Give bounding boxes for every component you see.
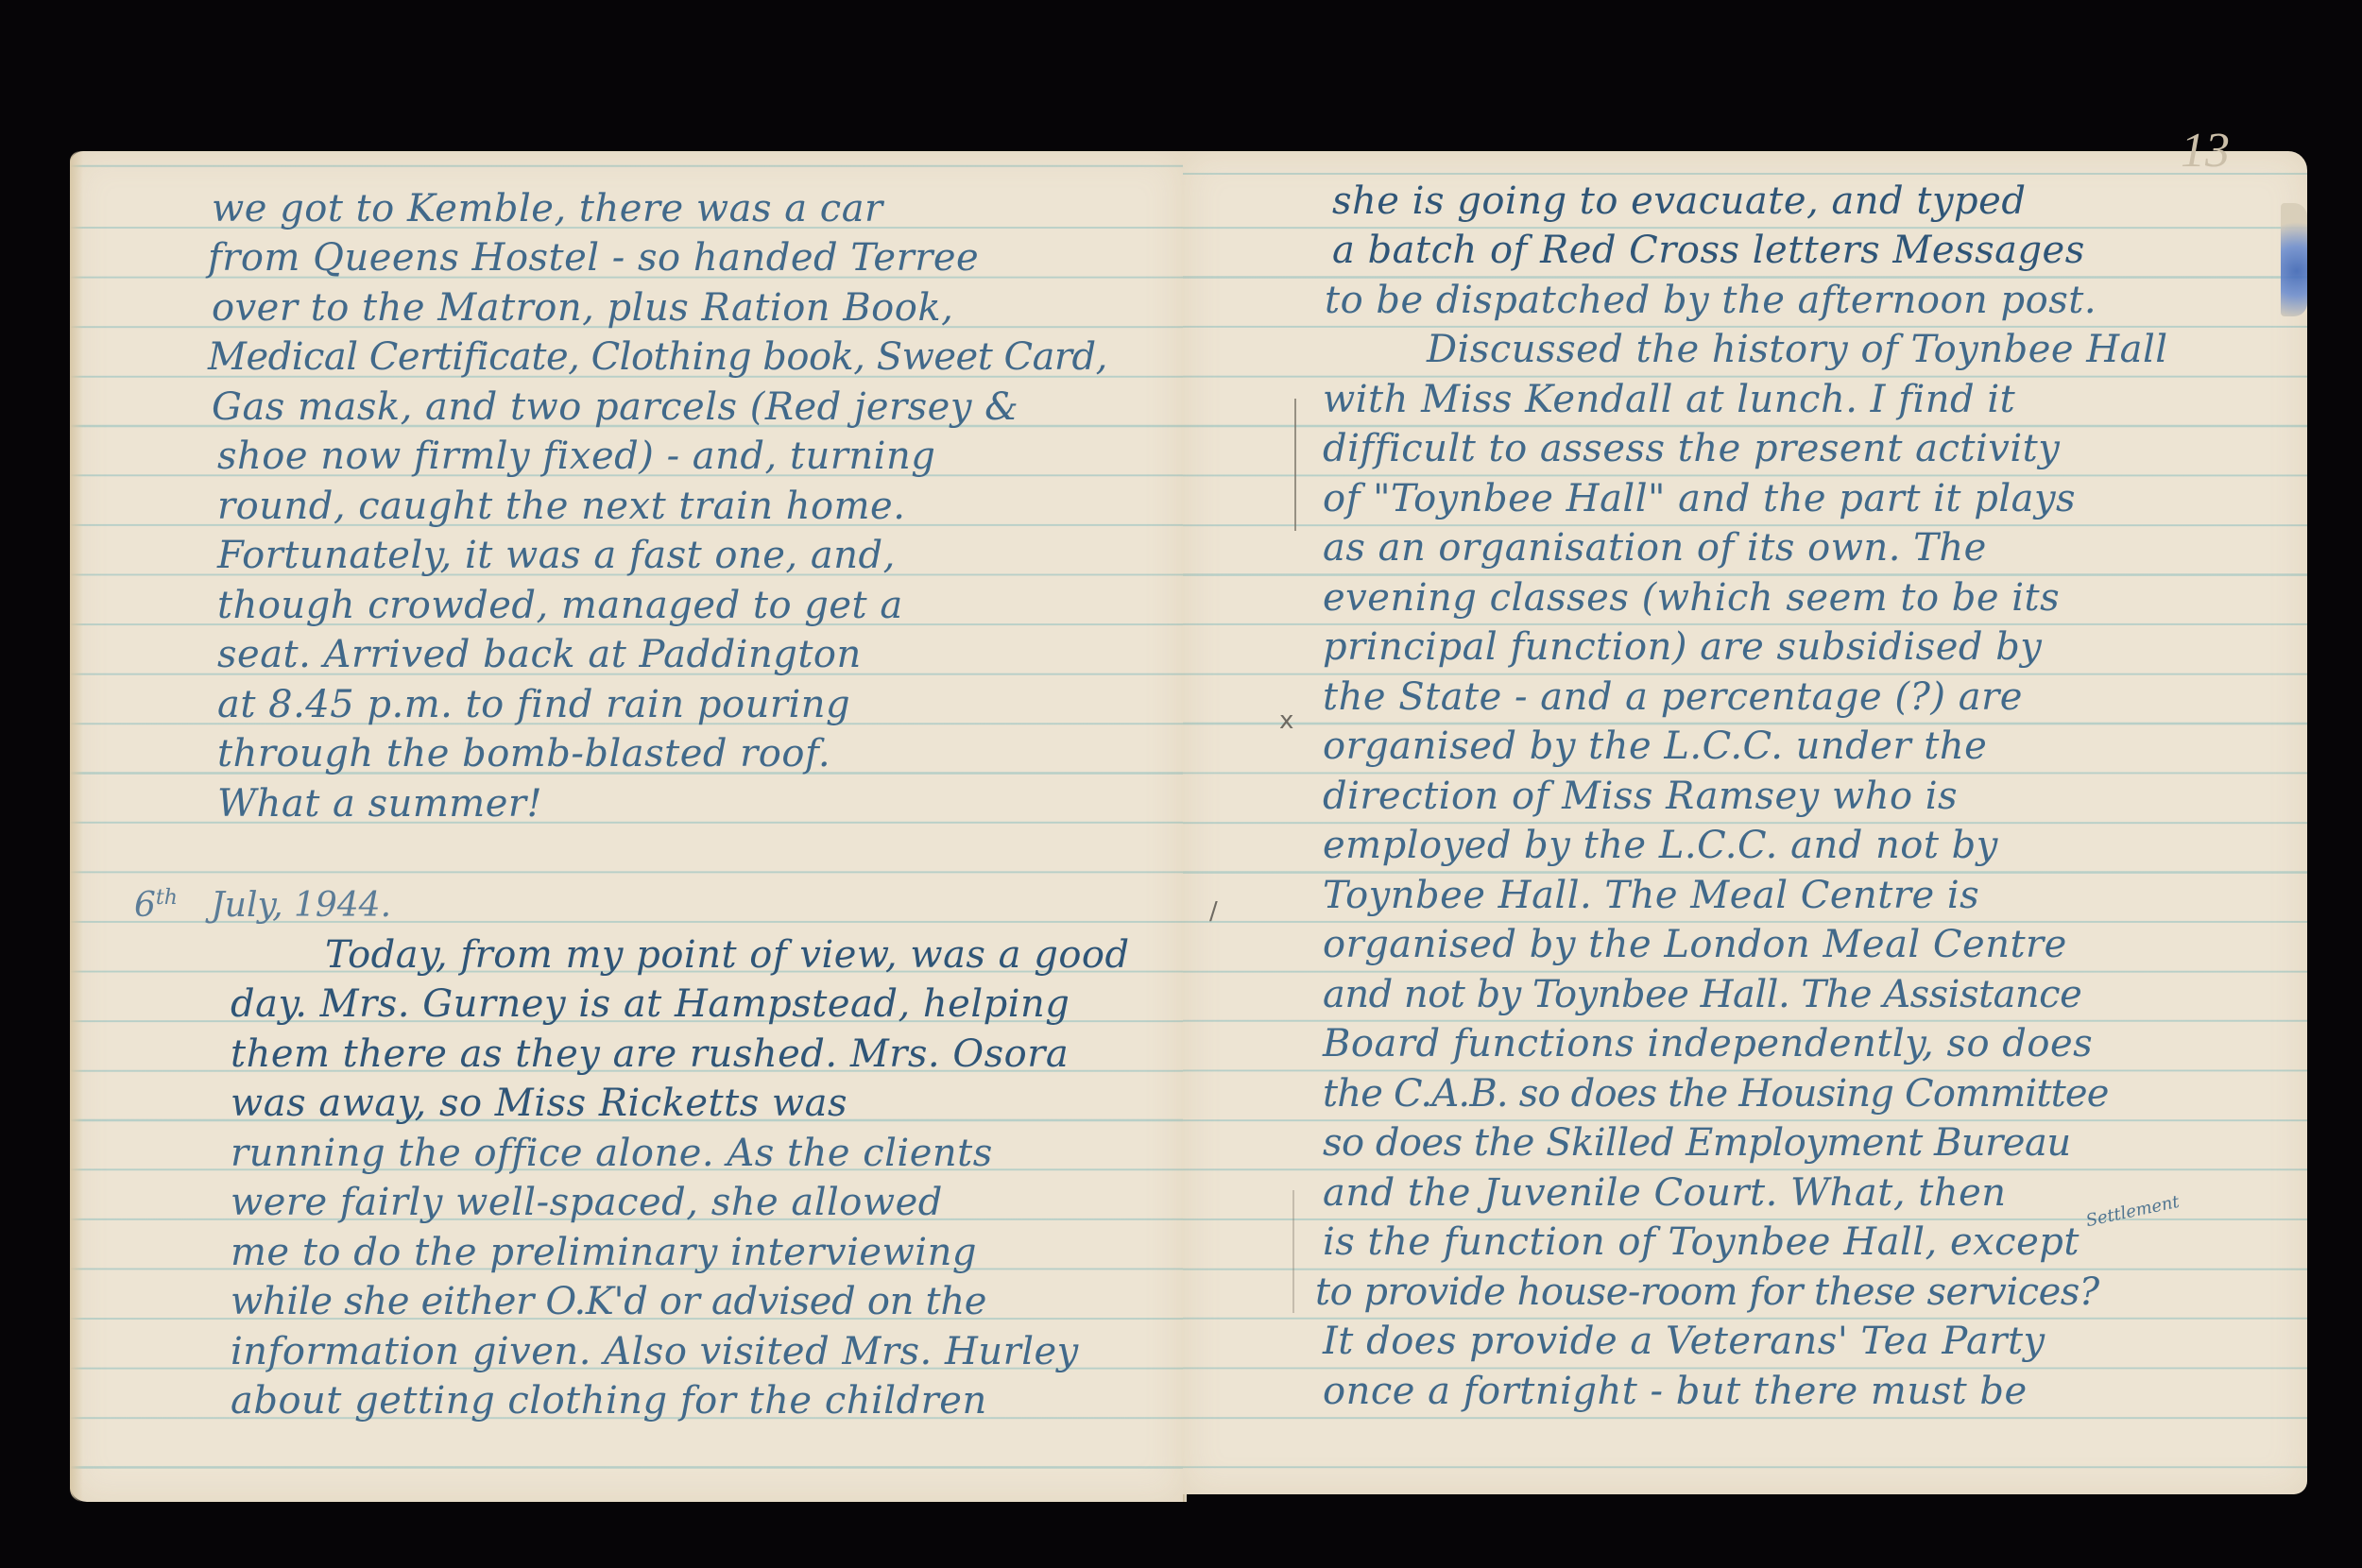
diary-line: at 8.45 p.m. to find rain pouring <box>217 683 850 726</box>
diary-line: direction of Miss Ramsey who is <box>1323 775 1958 818</box>
diary-line: through the bomb-blasted roof. <box>217 732 830 775</box>
diary-line: she is going to evacuate, and typed <box>1332 179 2026 223</box>
margin-cross-mark: x <box>1279 707 1293 735</box>
diary-line: organised by the London Meal Centre <box>1323 923 2067 966</box>
diary-line: Medical Certificate, Clothing book, Swee… <box>208 335 1107 379</box>
diary-line: and the Juvenile Court. What, then <box>1323 1171 2007 1215</box>
blue-paper-tab <box>2281 203 2307 316</box>
inserted-word-note: Settlement <box>2084 1192 2182 1231</box>
diary-line: It does provide a Veterans' Tea Party <box>1323 1320 2045 1363</box>
diary-line: as an organisation of its own. The <box>1323 526 1987 570</box>
diary-line: a batch of Red Cross letters Messages <box>1332 229 2085 272</box>
date-day: 6 <box>134 886 156 925</box>
page-number: 13 <box>2181 123 2230 179</box>
margin-pencil-line <box>1294 399 1296 531</box>
diary-line: to be dispatched by the afternoon post. <box>1325 279 2097 322</box>
diary-line: me to do the preliminary interviewing <box>231 1231 977 1274</box>
diary-line: principal function) are subsidised by <box>1323 625 2042 669</box>
margin-pencil-line-lower <box>1292 1190 1294 1313</box>
left-page: we got to Kemble, there was a car from Q… <box>70 151 1183 1502</box>
diary-line: Fortunately, it was a fast one, and, <box>217 534 896 577</box>
diary-line: is the function of Toynbee Hall, except <box>1323 1220 2080 1264</box>
diary-line: were fairly well-spaced, she allowed <box>231 1181 943 1224</box>
diary-line: of "Toynbee Hall" and the part it plays <box>1323 477 2076 520</box>
entry-date: 6th July, 1944. <box>134 886 391 925</box>
diary-line: while she either O.K'd or advised on the <box>231 1280 986 1323</box>
diary-line: them there as they are rushed. Mrs. Osor… <box>231 1032 1069 1076</box>
diary-line: with Miss Kendall at lunch. I find it <box>1323 378 2015 421</box>
diary-line: and not by Toynbee Hall. The Assistance <box>1323 973 2081 1016</box>
diary-line: shoe now firmly fixed) - and, turning <box>217 435 935 478</box>
diary-line: we got to Kemble, there was a car <box>212 187 883 230</box>
date-month-year: July, 1944. <box>211 886 391 925</box>
diary-line: about getting clothing for the children <box>231 1379 987 1423</box>
diary-line: organised by the L.C.C. under the <box>1323 724 1987 768</box>
diary-line: round, caught the next train home. <box>217 485 905 528</box>
diary-line: so does the Skilled Employment Bureau <box>1323 1121 2071 1165</box>
diary-line: Gas mask, and two parcels (Red jersey & <box>212 385 1018 429</box>
date-suffix: th <box>156 886 178 910</box>
diary-line: Toynbee Hall. The Meal Centre is <box>1323 874 1979 917</box>
diary-line: to provide house-room for these services… <box>1315 1270 2099 1314</box>
diary-line: was away, so Miss Ricketts was <box>231 1082 847 1125</box>
diary-line: though crowded, managed to get a <box>217 584 903 627</box>
diary-line: Today, from my point of view, was a good <box>325 933 1130 977</box>
diary-line: day. Mrs. Gurney is at Hampstead, helpin… <box>231 982 1070 1026</box>
margin-tick-mark: / <box>1209 897 1218 926</box>
diary-line: running the office alone. As the clients <box>231 1132 993 1175</box>
diary-line: seat. Arrived back at Paddington <box>217 633 862 676</box>
diary-line: difficult to assess the present activity <box>1323 427 2060 470</box>
diary-line: Board functions independently, so does <box>1323 1022 2093 1065</box>
diary-line: from Queens Hostel - so handed Terree <box>208 236 979 280</box>
diary-line: information given. Also visited Mrs. Hur… <box>231 1330 1079 1373</box>
diary-line: the C.A.B. so does the Housing Committee <box>1323 1072 2109 1116</box>
diary-line: evening classes (which seem to be its <box>1323 576 2060 620</box>
diary-line: over to the Matron, plus Ration Book, <box>212 286 953 330</box>
diary-line: the State - and a percentage (?) are <box>1323 675 2023 719</box>
diary-line: once a fortnight - but there must be <box>1323 1370 2028 1413</box>
right-page: x / she is going to evacuate, and typed … <box>1183 151 2307 1494</box>
diary-line: Discussed the history of Toynbee Hall <box>1427 328 2168 371</box>
diary-line: What a summer! <box>217 782 542 826</box>
diary-line: employed by the L.C.C. and not by <box>1323 824 1998 867</box>
